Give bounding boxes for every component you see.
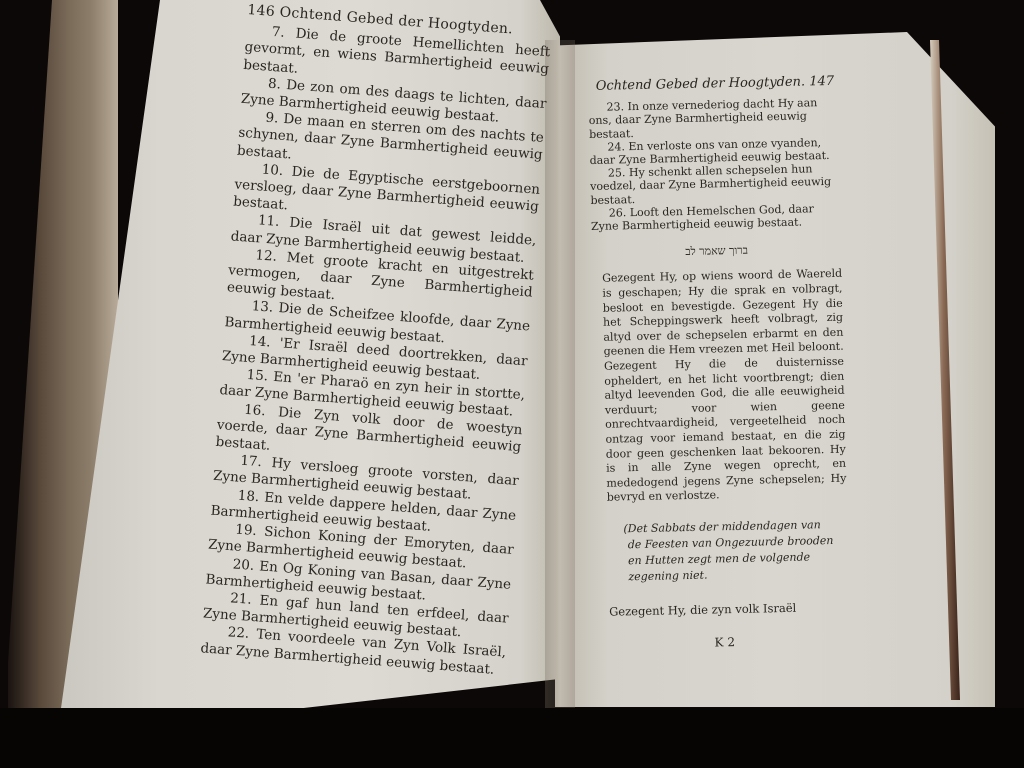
prayer-paragraph: Gezegent Hy, op wiens woord de Waereld i… [602, 267, 847, 505]
verse: 25. Hy schenkt allen schepselen hun voed… [590, 162, 841, 207]
verse: 23. In onze vernederiog dacht Hy aan ons… [588, 96, 839, 141]
rubric-note: (Det Sabbats der middendagen van de Fees… [627, 517, 838, 585]
hebrew-heading: ברוך שאמר לב [592, 242, 842, 260]
left-page-text: 146 Ochtend Gebed der Hoogtyden. 7. Die … [200, 2, 552, 679]
right-running-head: Ochtend Gebed der Hoogtyden. 147 [588, 75, 838, 93]
right-page-text: Ochtend Gebed der Hoogtyden. 147 23. In … [588, 75, 850, 652]
table-surface [0, 708, 1024, 768]
prayer-text: Gezegent Hy, op wiens woord de Waereld i… [602, 267, 847, 505]
open-book-photo: 146 Ochtend Gebed der Hoogtyden. 7. Die … [0, 0, 1024, 768]
right-running-head-title: Ochtend Gebed der Hoogtyden. [596, 74, 806, 93]
continuation-line: Gezegent Hy, die zyn volk Israël [609, 601, 849, 619]
left-page-number: 146 [247, 2, 276, 20]
book-gutter [545, 40, 575, 720]
right-page-number: 147 [809, 74, 834, 90]
verse: 26. Looft den Hemelschen God, daar Zyne … [591, 202, 841, 234]
